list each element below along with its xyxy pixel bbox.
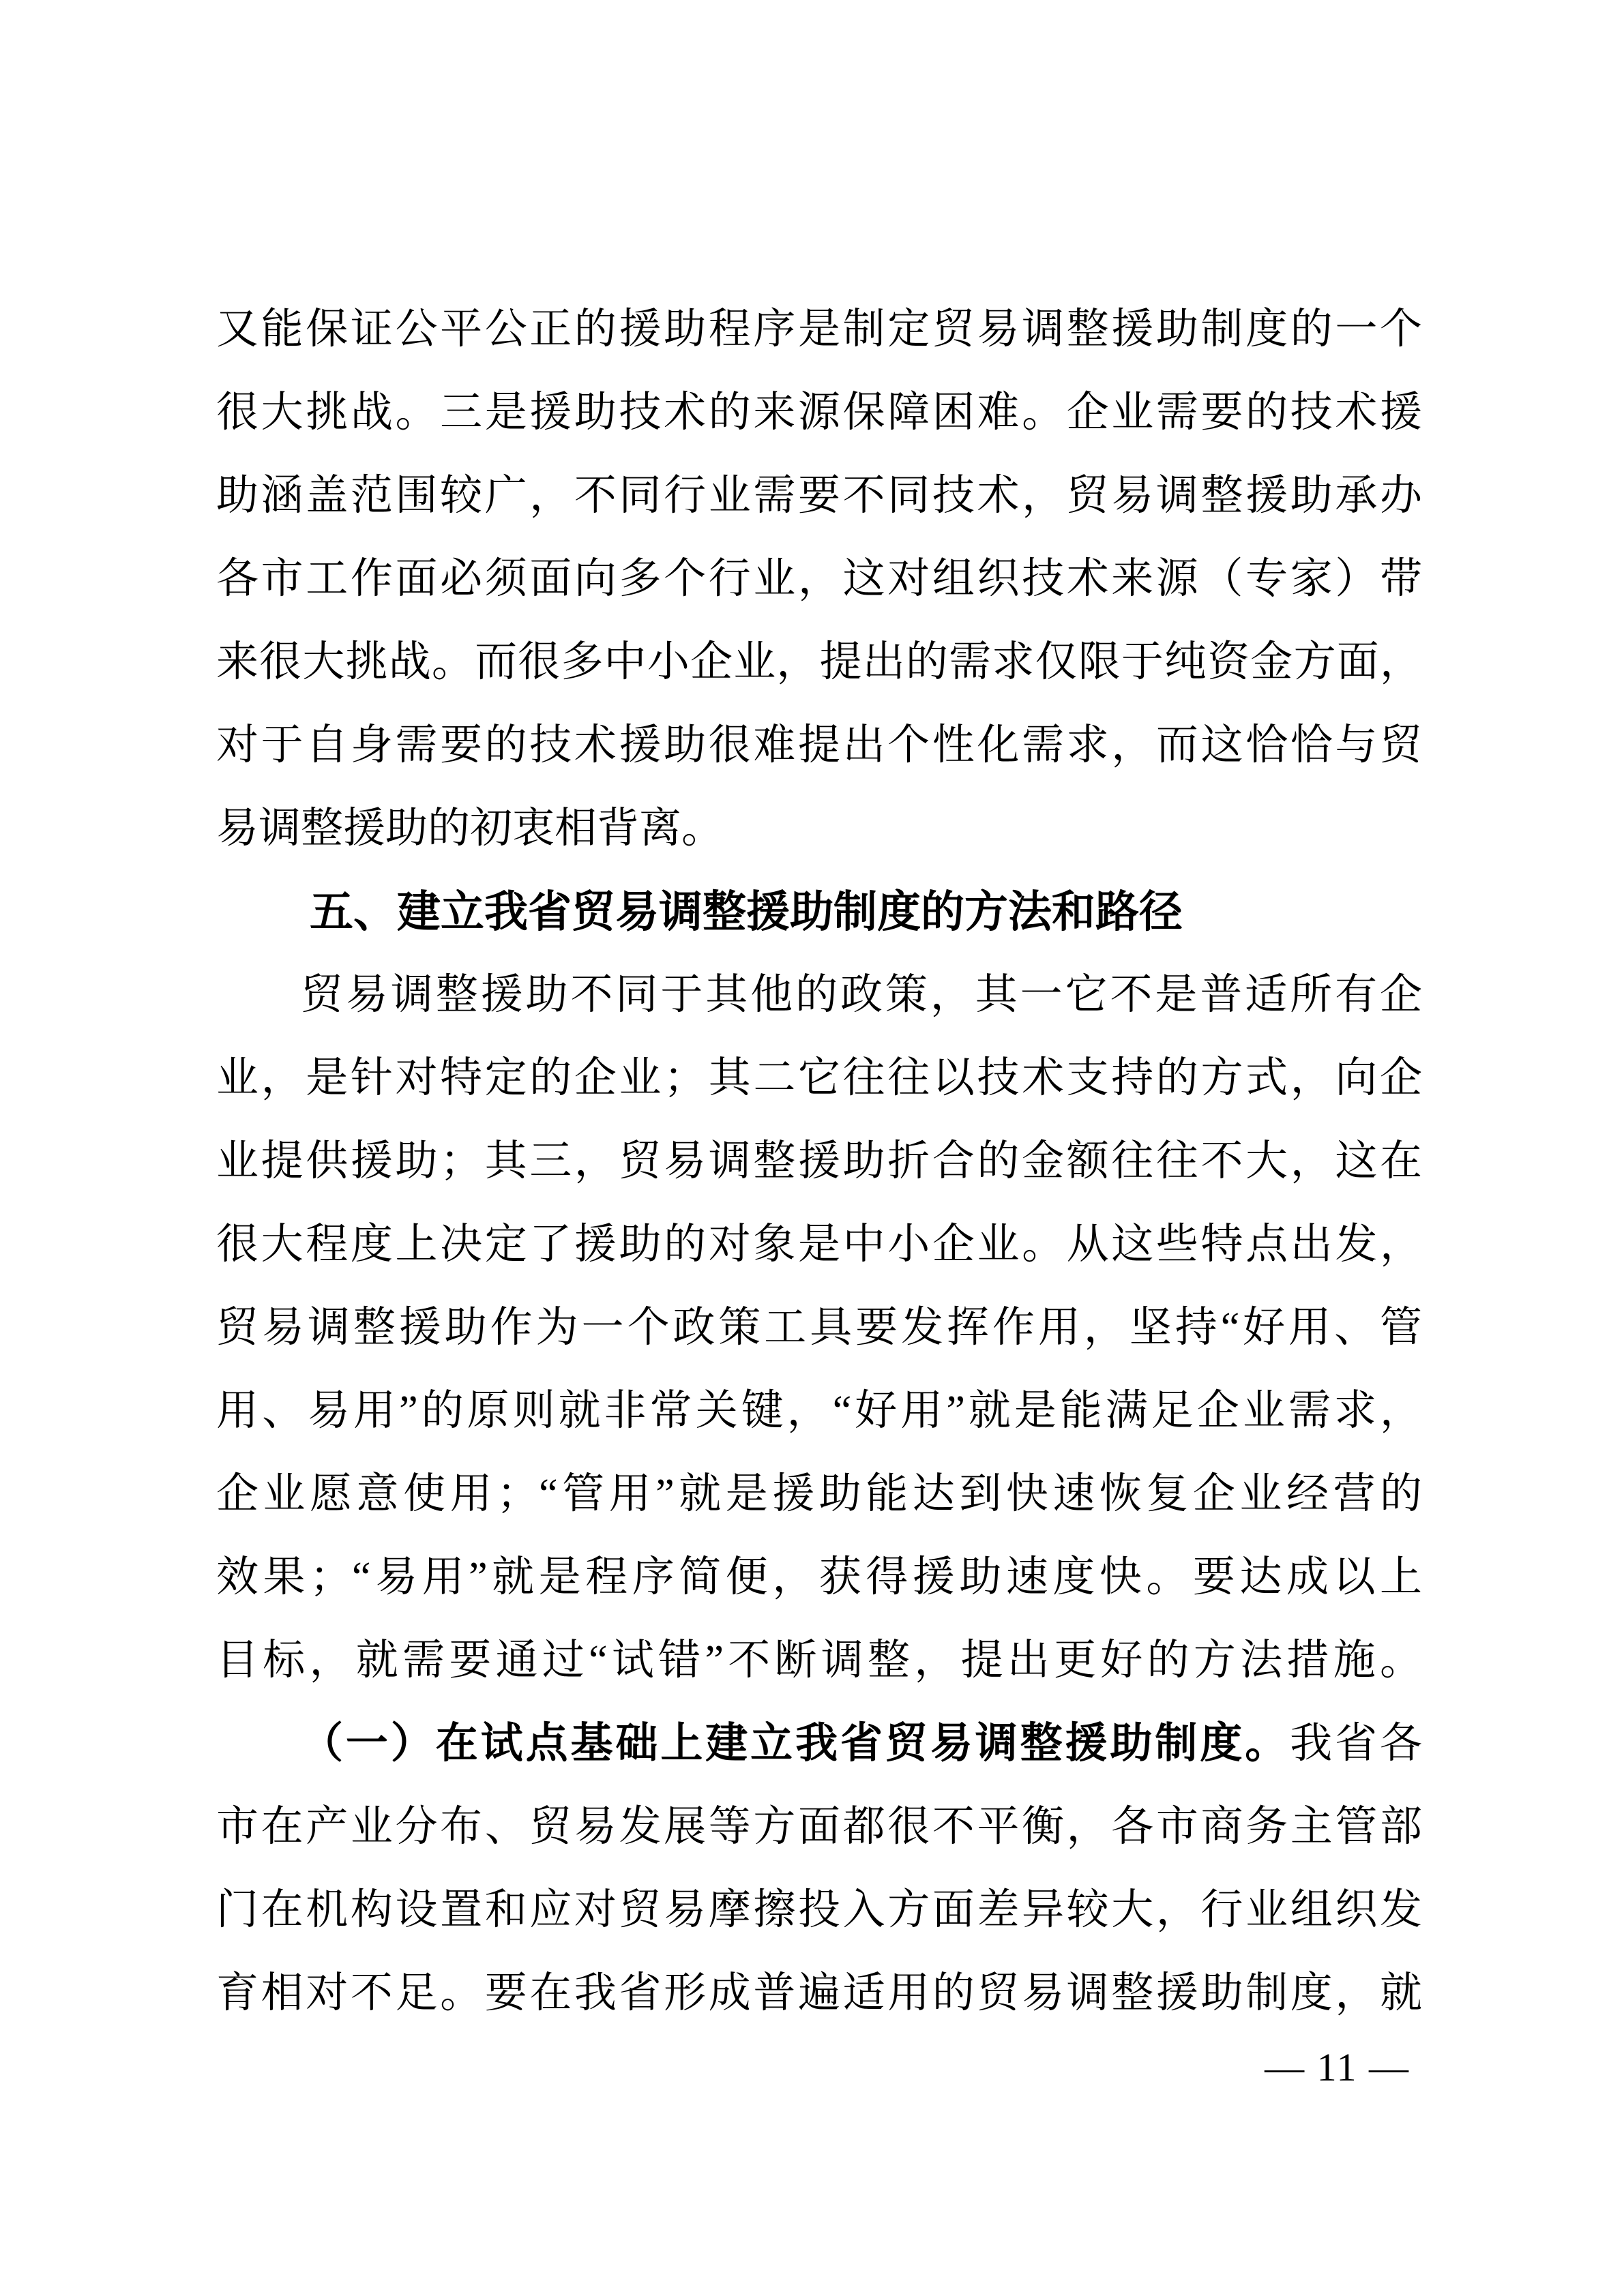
body-line: 很大挑战。三是援助技术的来源保障困难。企业需要的技术援 [216, 371, 1422, 454]
page-number: — 11 — [1265, 2040, 1410, 2095]
text-block: 又能保证公平公正的援助程序是制定贸易调整援助制度的一个 很大挑战。三是援助技术的… [216, 288, 1422, 2035]
body-line: 市在产业分布、贸易发展等方面都很不平衡，各市商务主管部 [216, 1785, 1422, 1868]
body-line: 很大程度上决定了援助的对象是中小企业。从这些特点出发， [216, 1203, 1422, 1286]
body-text: 我省各 [1290, 1720, 1422, 1767]
subsection-first-line: （一）在试点基础上建立我省贸易调整援助制度。我省各 [216, 1702, 1422, 1785]
body-line: 助涵盖范围较广，不同行业需要不同技术，贸易调整援助承办 [216, 454, 1422, 537]
body-line: 各市工作面必须面向多个行业，这对组织技术来源（专家）带 [216, 537, 1422, 621]
subsection-title: （一）在试点基础上建立我省贸易调整援助制度。 [301, 1720, 1290, 1767]
body-line: 又能保证公平公正的援助程序是制定贸易调整援助制度的一个 [216, 288, 1422, 371]
body-line: 易调整援助的初衷相背离。 [216, 787, 1422, 870]
body-line: 用、易用”的原则就非常关键，“好用”就是能满足企业需求， [216, 1369, 1422, 1452]
body-line: 业提供援助；其三，贸易调整援助折合的金额往往不大，这在 [216, 1120, 1422, 1203]
document-page: 又能保证公平公正的援助程序是制定贸易调整援助制度的一个 很大挑战。三是援助技术的… [0, 0, 1624, 2296]
body-line: 对于自身需要的技术援助很难提出个性化需求，而这恰恰与贸 [216, 704, 1422, 787]
body-line: 育相对不足。要在我省形成普遍适用的贸易调整援助制度，就 [216, 1952, 1422, 2035]
body-line: 贸易调整援助不同于其他的政策，其一它不是普适所有企 [216, 953, 1422, 1037]
body-line: 业，是针对特定的企业；其二它往往以技术支持的方式，向企 [216, 1037, 1422, 1120]
body-line: 来很大挑战。而很多中小企业，提出的需求仅限于纯资金方面， [216, 621, 1422, 704]
body-line: 效果；“易用”就是程序简便，获得援助速度快。要达成以上 [216, 1536, 1422, 1619]
body-line: 企业愿意使用；“管用”就是援助能达到快速恢复企业经营的 [216, 1452, 1422, 1536]
body-line: 门在机构设置和应对贸易摩擦投入方面差异较大，行业组织发 [216, 1868, 1422, 1952]
section-heading: 五、建立我省贸易调整援助制度的方法和路径 [216, 870, 1422, 953]
body-line: 目标，就需要通过“试错”不断调整，提出更好的方法措施。 [216, 1619, 1422, 1702]
body-line: 贸易调整援助作为一个政策工具要发挥作用，坚持“好用、管 [216, 1286, 1422, 1369]
